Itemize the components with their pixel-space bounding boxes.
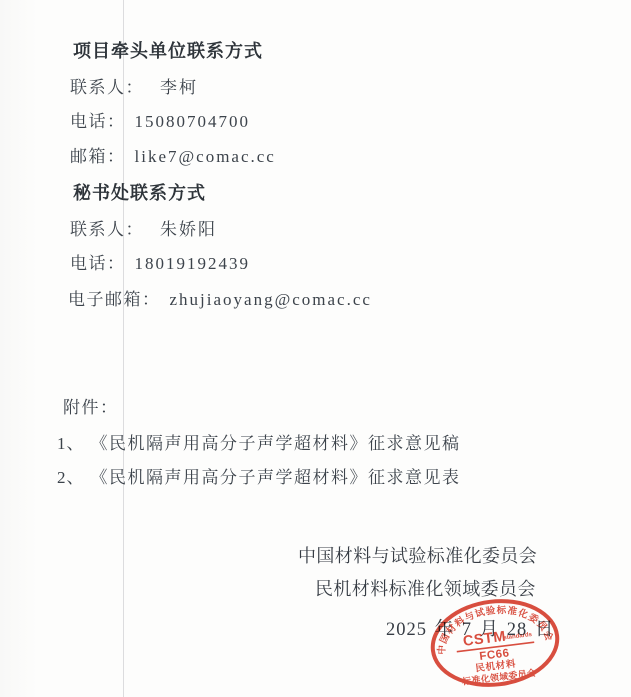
field-value: like7@comac.cc [135,147,276,167]
field-label: 联系人： [70,78,144,98]
secretariat-person-row: 联系人： 朱娇阳 [70,220,217,240]
field-value: 15080704700 [135,112,251,132]
official-seal: 中国材料与试验标准化委员会 CSTM standards FC66 民机材料 标… [421,588,569,697]
field-value: 18019192439 [135,254,251,274]
lead-contact-person-row: 联系人： 李柯 [70,78,198,98]
document-page: 项目牵头单位联系方式 联系人： 李柯 电话： 15080704700 邮箱： l… [0,0,631,697]
secretariat-contact-heading: 秘书处联系方式 [73,183,206,205]
field-label: 邮箱： [70,147,126,167]
field-value: zhujiaoyang@comac.cc [170,290,372,310]
field-value: 朱娇阳 [160,220,217,240]
field-value: 李柯 [160,78,198,98]
attachment-number: 1、 [57,434,85,454]
field-label: 电话： [70,112,126,132]
field-label: 电话： [70,254,126,274]
lead-contact-phone-row: 电话： 15080704700 [70,112,250,132]
attachment-title: 《民机隔声用高分子声学超材料》征求意见稿 [91,434,461,454]
attachment-item: 1、 《民机隔声用高分子声学超材料》征求意见稿 [57,434,461,454]
attachment-title: 《民机隔声用高分子声学超材料》征求意见表 [91,468,461,488]
lead-contact-email-row: 邮箱： like7@comac.cc [70,147,276,167]
secretariat-email-row: 电子邮箱： zhujiaoyang@comac.cc [68,290,372,310]
attachment-item: 2、 《民机隔声用高分子声学超材料》征求意见表 [57,468,461,488]
signature-org-line1: 中国材料与试验标准化委员会 [298,546,537,568]
secretariat-phone-row: 电话： 18019192439 [70,254,250,274]
attachment-number: 2、 [57,468,85,488]
attachments-heading: 附件： [63,398,119,418]
lead-contact-heading: 项目牵头单位联系方式 [73,41,263,63]
field-label: 联系人： [70,220,144,240]
scan-fold-line [123,0,124,697]
seal-standards-text: standards [503,632,533,642]
field-label: 电子邮箱： [68,290,161,310]
